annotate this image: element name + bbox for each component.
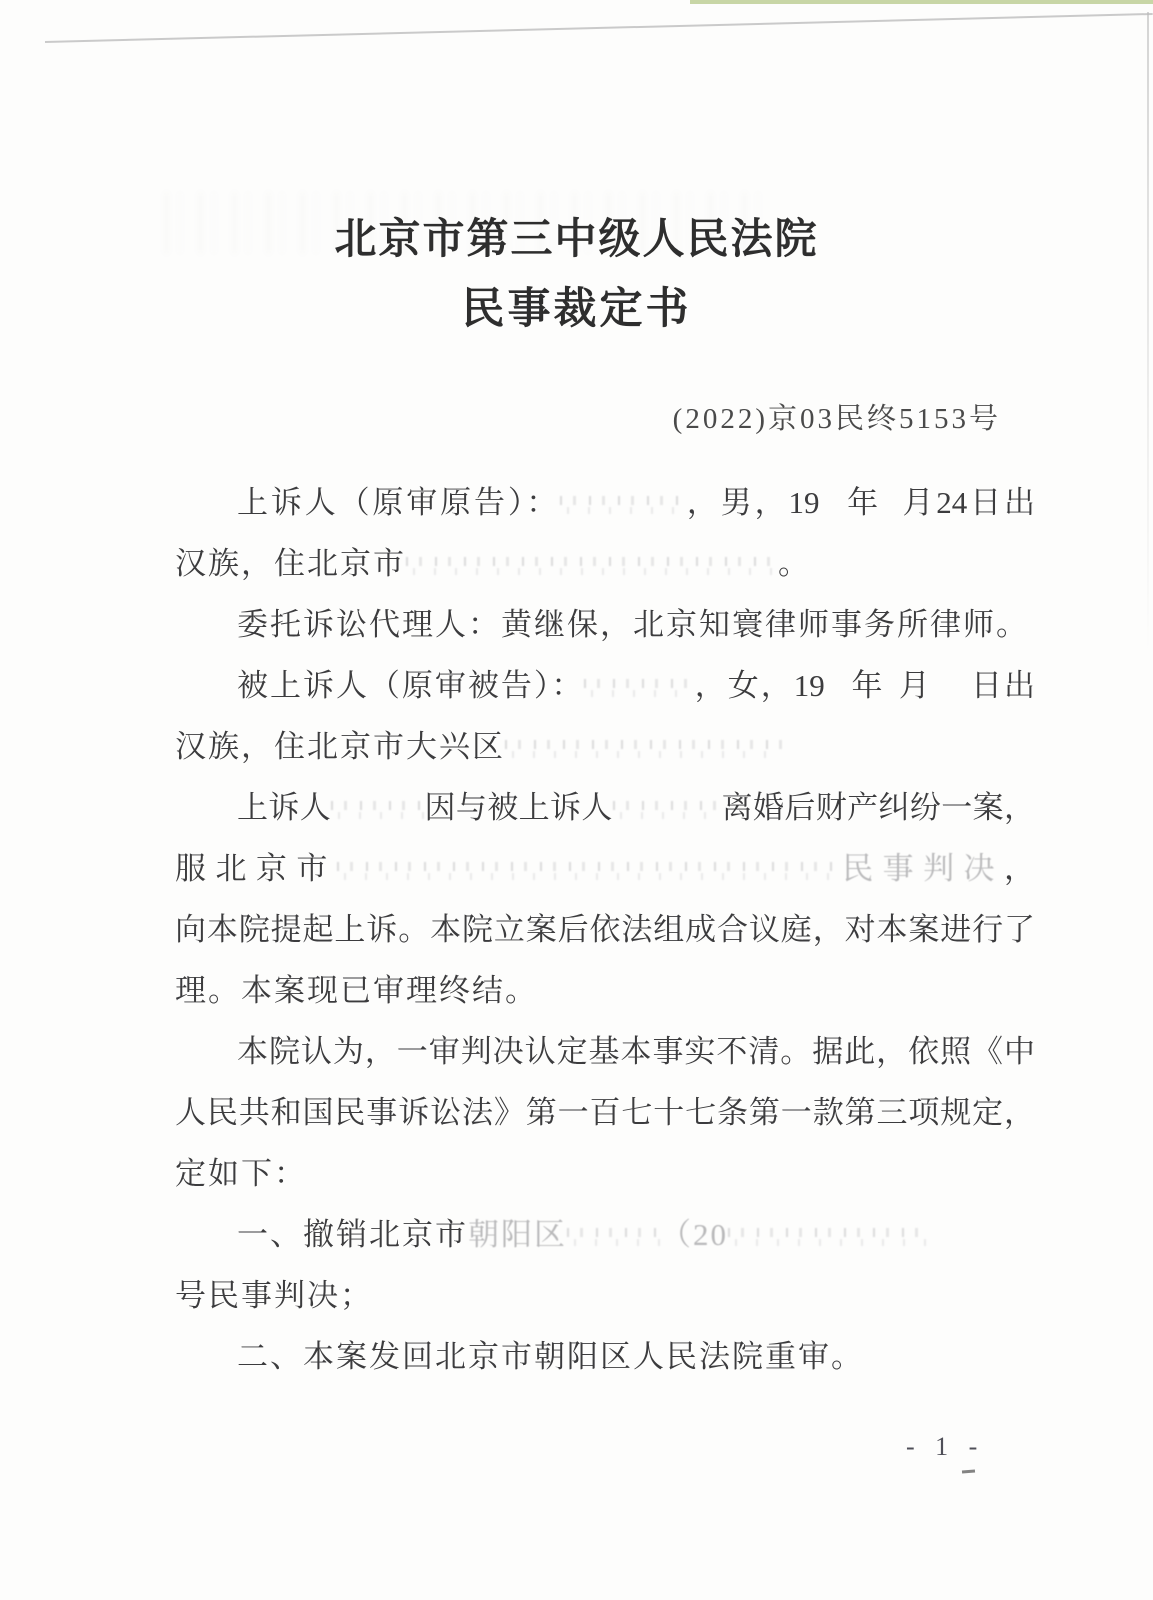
redacted-text [331, 799, 424, 823]
text-segment: 月 [897, 668, 932, 703]
redacted-text [337, 860, 833, 884]
text-segment: 汉族，住北京市 [175, 546, 406, 581]
text-segment: 被上诉人（原审被告）： [237, 668, 584, 703]
text-segment: 上诉人 [237, 790, 331, 825]
text-segment: ，女，19 [693, 668, 825, 703]
text-segment: 。 [778, 546, 811, 581]
text-segment: ， [1004, 851, 1035, 886]
text-line: 二、本案发回北京市朝阳区人民法院重审。 [175, 1326, 1035, 1387]
case-number: (2022)京03民终5153号 [673, 396, 1001, 437]
text-segment: 因与被上诉人 [424, 790, 613, 825]
redacted-text [613, 799, 722, 823]
text-segment: 理。本案现已审理终结。 [175, 973, 538, 1008]
text-line: 被上诉人（原审被告）：，女，19年月日出生， [175, 655, 1035, 716]
redacted-text [560, 494, 684, 518]
text-segment: 号民事判决； [175, 1278, 373, 1313]
text-line: 上诉人（原审原告）：，男，19年月24日出生， [175, 472, 1035, 533]
document-lines: 上诉人（原审原告）：，男，19年月24日出生，汉族，住北京市。委托诉讼代理人：黄… [175, 472, 1035, 1387]
scan-paper-edge-line [45, 13, 1153, 43]
faint-text: 朝阳区 [468, 1217, 567, 1252]
text-line: 汉族，住北京市大兴区 [175, 716, 1035, 777]
text-line: 人民共和国民事诉讼法》第一百七十七条第一款第三项规定，裁 [175, 1082, 1035, 1143]
text-segment: 人民共和国民事诉讼法》第一百七十七条第一款第三项规定，裁 [175, 1095, 1035, 1143]
text-line: 委托诉讼代理人：黄继保，北京知寰律师事务所律师。 [175, 594, 1035, 655]
text-segment: 上诉人（原审原告）： [237, 485, 560, 520]
text-line: 本院认为，一审判决认定基本事实不清。据此，依照《中华 [175, 1021, 1035, 1082]
text-line: 定如下： [175, 1143, 1035, 1204]
faint-text: 民事判决 [833, 851, 1004, 886]
text-segment: ，男，19 [684, 485, 819, 520]
text-segment: 委托诉讼代理人：黄继保，北京知寰律师事务所律师。 [237, 607, 1029, 642]
text-segment: 服北京市 [175, 851, 337, 886]
text-segment: 向本院提起上诉。本院立案后依法组成合议庭，对本案进行了审 [175, 912, 1035, 960]
text-line: 服北京市民事判决， [175, 838, 1035, 899]
court-title: 北京市第三中级人民法院 [0, 205, 1153, 275]
redacted-text [584, 677, 693, 701]
redacted-text [505, 738, 784, 762]
text-segment: 本院认为，一审判决认定基本事实不清。据此，依照《中华 [175, 1034, 1035, 1082]
text-line: 理。本案现已审理终结。 [175, 960, 1035, 1021]
text-line: 上诉人因与被上诉人离婚后财产纠纷一案，不 [175, 777, 1035, 838]
page-number: - 1 - [906, 1432, 984, 1462]
faint-text: （20 [660, 1217, 728, 1252]
text-segment: 一、撤销北京市 [237, 1217, 468, 1252]
redacted-text [567, 1226, 660, 1250]
redacted-text [728, 1226, 930, 1250]
redacted-text [406, 555, 778, 579]
text-line: 一、撤销北京市朝阳区（20 [175, 1204, 1035, 1265]
document-type-title: 民事裁定书 [0, 275, 1153, 345]
text-line: 号民事判决； [175, 1265, 1035, 1326]
text-segment: 年 [850, 668, 885, 703]
document-header: 北京市第三中级人民法院 民事裁定书 [0, 205, 1153, 345]
text-segment: 汉族，住北京市大兴区 [175, 729, 505, 764]
text-line: 向本院提起上诉。本院立案后依法组成合议庭，对本案进行了审 [175, 899, 1035, 960]
text-segment: 定如下： [175, 1156, 307, 1191]
text-segment: 二、本案发回北京市朝阳区人民法院重审。 [237, 1339, 864, 1374]
text-line: 汉族，住北京市。 [175, 533, 1035, 594]
scanned-document-page: 北京市第三中级人民法院 民事裁定书 (2022)京03民终5153号 上诉人（原… [0, 0, 1153, 1600]
text-segment: 年 [844, 485, 881, 520]
scan-speck [962, 1470, 975, 1474]
scan-edge-strip [690, 0, 1153, 4]
